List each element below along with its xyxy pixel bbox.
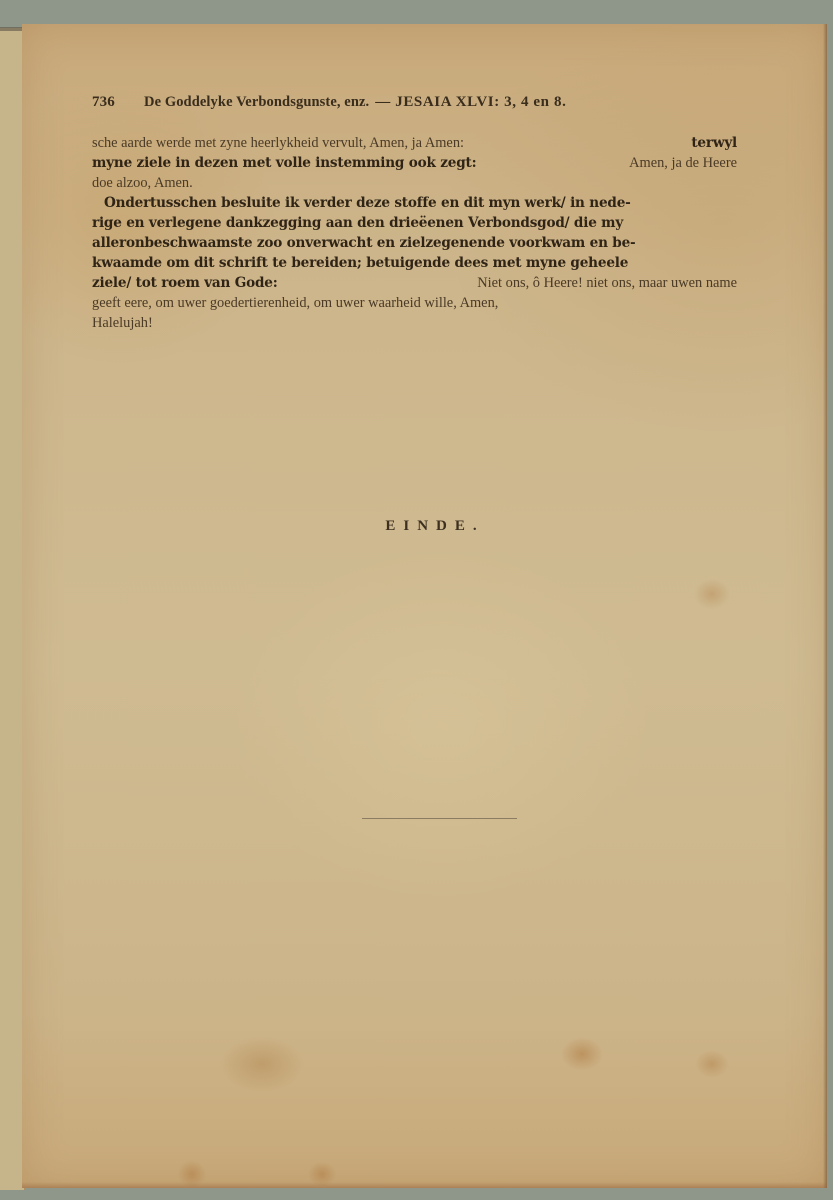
text-line: sche aarde werde met zyne heerlykheid ve… — [92, 133, 737, 153]
text-line: Ondertusschen besluite ik verder deze st… — [92, 193, 737, 213]
text-blackletter: kwaamde om dit schrift te bereiden; betu… — [92, 253, 628, 273]
page-edge-right — [823, 24, 827, 1188]
text-blackletter: alleronbeschwaamste zoo onverwacht en zi… — [92, 233, 636, 253]
text-line: rige en verlegene dankzegging aan den dr… — [92, 213, 737, 233]
text-line: doe alzoo, Amen. — [92, 173, 737, 193]
text-line: kwaamde om dit schrift te bereiden; betu… — [92, 253, 737, 273]
page-number: 736 — [92, 94, 144, 111]
text-line: myne ziele in dezen met volle instemming… — [92, 153, 737, 173]
text-blackletter: rige en verlegene dankzegging aan den dr… — [92, 213, 623, 233]
text-roman: Niet ons, ô Heere! niet ons, maar uwen n… — [477, 273, 737, 293]
scripture-reference: — JESAIA XLVI: 3, 4 en 8. — [375, 94, 566, 111]
page-edge-bottom — [22, 1182, 827, 1188]
closing-einde: EINDE. — [360, 518, 510, 535]
horizontal-rule — [362, 818, 517, 819]
text-line: geeft eere, om uwer goedertierenheid, om… — [92, 293, 737, 313]
text-roman: Amen, ja de Heere — [629, 153, 737, 173]
text-blackletter: Ondertusschen besluite ik verder deze st… — [104, 193, 631, 213]
text-blackletter: terwyl — [691, 133, 737, 153]
text-roman: doe alzoo, Amen. — [92, 173, 193, 193]
text-line: alleronbeschwaamste zoo onverwacht en zi… — [92, 233, 737, 253]
body-text: sche aarde werde met zyne heerlykheid ve… — [92, 133, 737, 333]
text-line: Halelujah! — [92, 313, 737, 333]
text-blackletter: ziele/ tot roem van Gode: — [92, 273, 278, 293]
running-header: 736 De Goddelyke Verbondsgunste, enz. — … — [92, 94, 712, 111]
text-roman: Halelujah! — [92, 313, 153, 333]
text-blackletter: myne ziele in dezen met volle instemming… — [92, 153, 476, 173]
running-head-title: De Goddelyke Verbondsgunste, enz. — [144, 94, 369, 111]
text-roman: sche aarde werde met zyne heerlykheid ve… — [92, 133, 464, 153]
text-roman: geeft eere, om uwer goedertierenheid, om… — [92, 293, 498, 313]
text-line: ziele/ tot roem van Gode: Niet ons, ô He… — [92, 273, 737, 293]
